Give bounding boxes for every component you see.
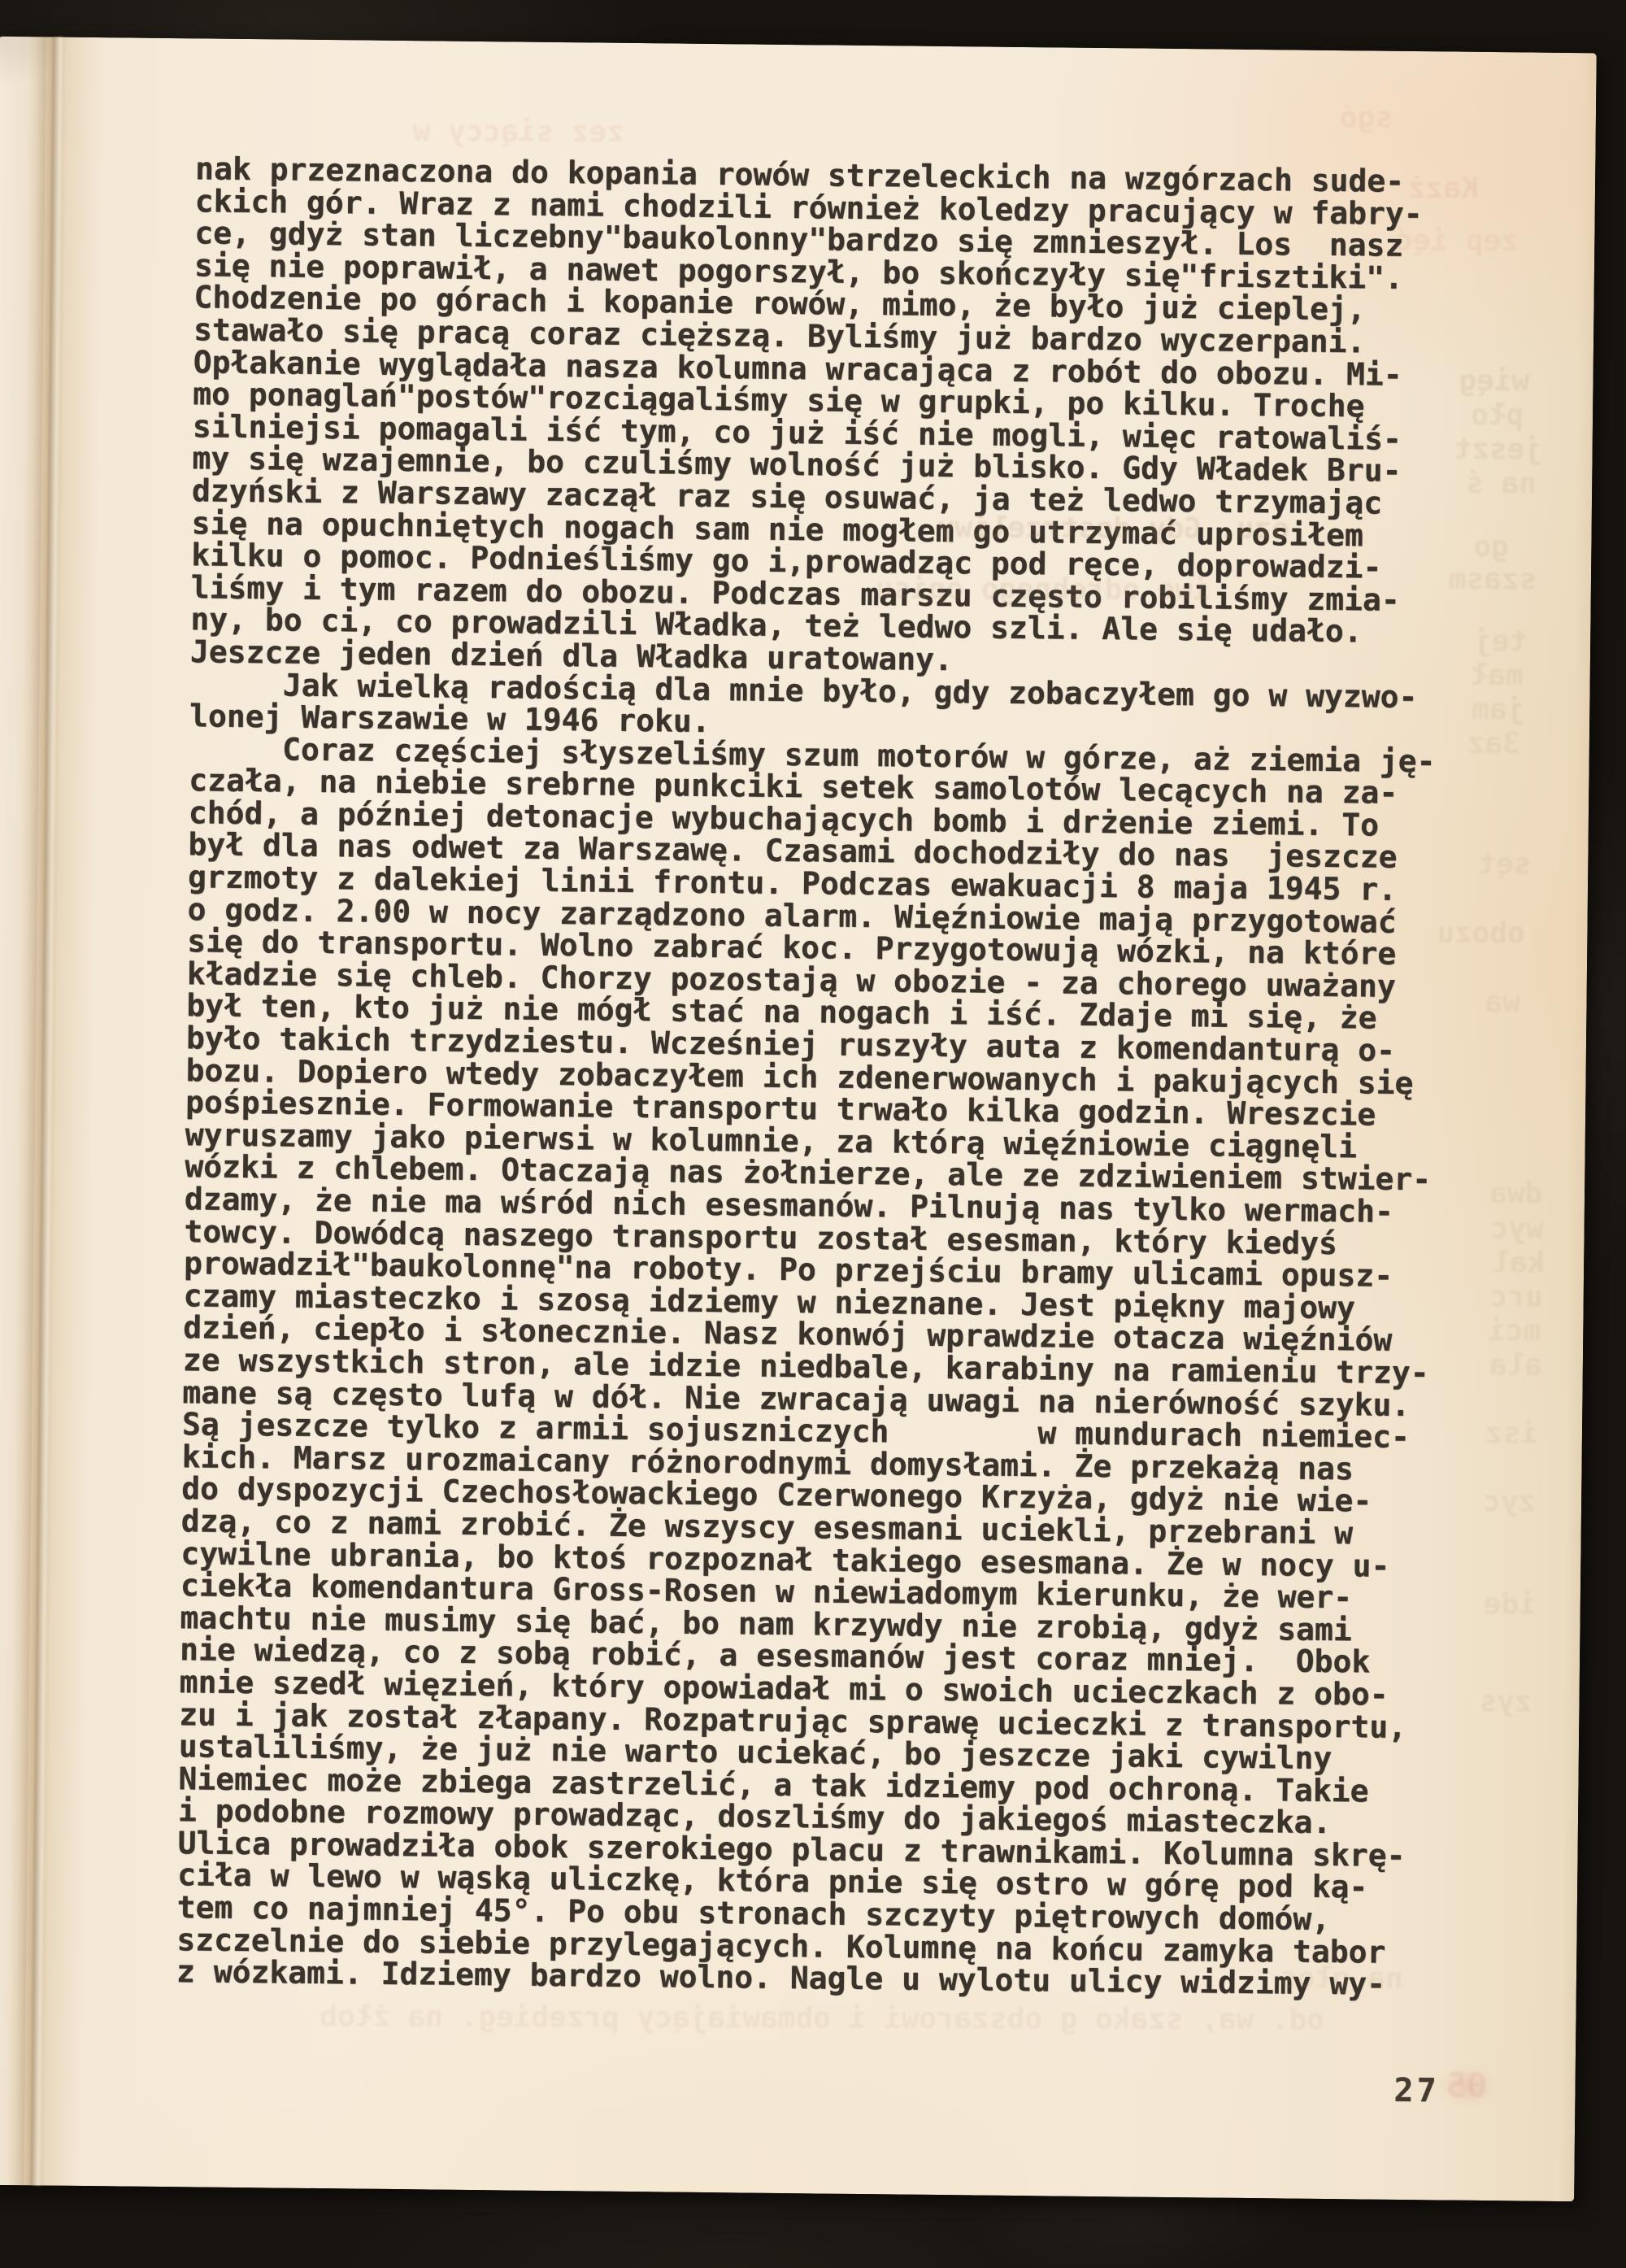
bleedthrough-text: wyc — [1491, 1213, 1544, 1244]
bleedthrough-text: mał — [1471, 660, 1524, 691]
bleedthrough-text: od. wa, szako g obszarowi i obmawiający … — [320, 2001, 1324, 2035]
bleedthrough-text: zys — [1479, 1687, 1532, 1717]
bleedthrough-text: sęt — [1478, 849, 1531, 880]
bleedthrough-text: szasm — [1449, 564, 1537, 595]
bleedthrough-text: 3az — [1467, 729, 1520, 760]
bleedthrough-text: ala — [1489, 1350, 1542, 1381]
bleedthrough-text: tej — [1474, 626, 1527, 657]
page-number: 27 — [1393, 2074, 1440, 2108]
ink-smudge — [1439, 2066, 1496, 2106]
bleedthrough-text: jeszt — [1454, 434, 1543, 465]
bleedthrough-text: mci — [1488, 1316, 1541, 1347]
bleedthrough-text: obozu — [1437, 918, 1525, 949]
bleedthrough-text: jam — [1472, 694, 1524, 725]
bleedthrough-text: kal — [1492, 1247, 1545, 1278]
page: nak przeznaczona do kopania rowów strzel… — [0, 37, 1597, 2201]
bleedthrough-text: sgó — [1340, 102, 1393, 133]
bleedthrough-text: na ś — [1466, 468, 1537, 499]
bleedthrough-text: urc — [1490, 1282, 1543, 1312]
bleedthrough-text: go — [1473, 532, 1508, 563]
bleedthrough-text: dwa — [1489, 1178, 1542, 1209]
bleedthrough-text: pło — [1471, 400, 1524, 431]
bleedthrough-text: więg — [1459, 366, 1529, 397]
bleedthrough-text: isz — [1485, 1418, 1538, 1449]
bleedthrough-text: zyc — [1483, 1487, 1536, 1517]
bleedthrough-text: ide — [1484, 1589, 1537, 1620]
bleedthrough-text: zez siąccy w — [413, 116, 624, 148]
scan-background: { "document": { "kind": "scanned typewri… — [0, 0, 1626, 2268]
typewritten-body-text: nak przeznaczona do kopania rowów strzel… — [176, 153, 1441, 2001]
bleedthrough-text: wa — [1485, 987, 1519, 1018]
